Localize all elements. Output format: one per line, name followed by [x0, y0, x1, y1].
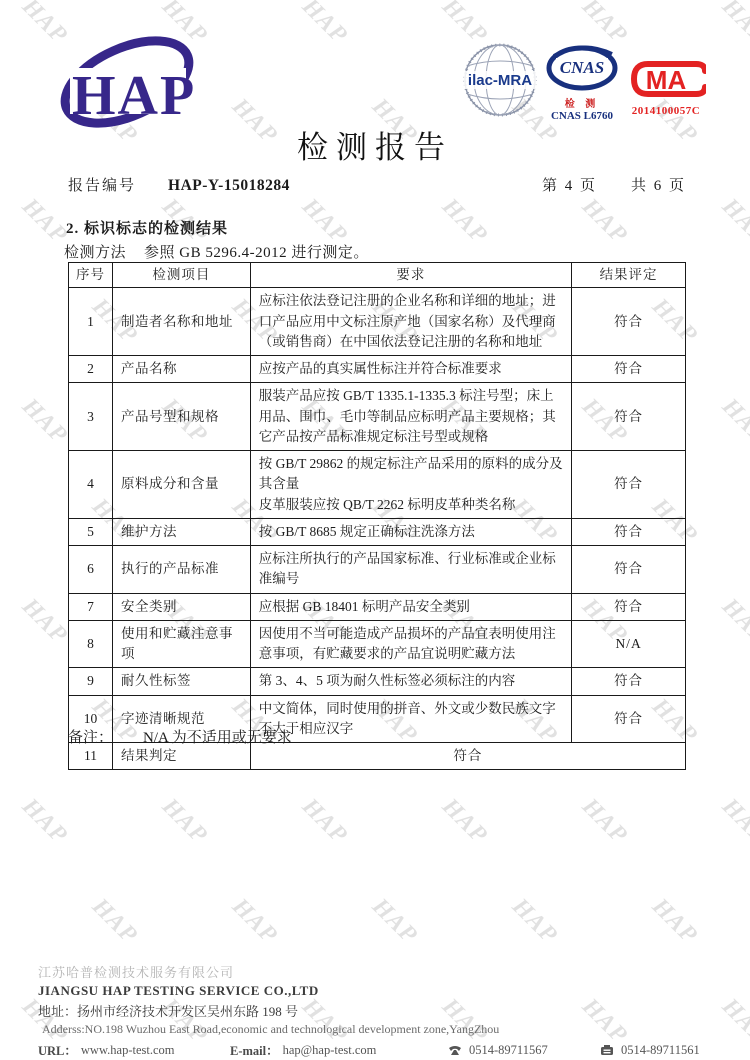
table-row: 3产品号型和规格服装产品应按 GB/T 1335.1-1335.3 标注号型；床… [69, 383, 686, 451]
cell-result: 符合 [572, 518, 686, 545]
cell-no: 7 [69, 593, 113, 620]
watermark-text: HAP [716, 0, 750, 50]
watermark-text: HAP [716, 793, 750, 849]
watermark-text: HAP [716, 193, 750, 249]
method-label: 检测方法 [64, 245, 126, 261]
cell-requirement: 因使用不当可能造成产品损坏的产品宜表明使用注意事项，有贮藏要求的产品宜说明贮藏方… [250, 620, 571, 668]
watermark-text: HAP [16, 393, 72, 449]
phone-icon [448, 1044, 462, 1056]
watermark-text: HAP [366, 893, 422, 949]
cell-result: 符合 [572, 593, 686, 620]
cell-no: 1 [69, 288, 113, 356]
document-title: 检测报告 [0, 122, 750, 167]
cell-no: 3 [69, 383, 113, 451]
table-row: 5维护方法按 GB/T 8685 规定正确标注洗涤方法符合 [69, 518, 686, 545]
note-line: 备注：N/A 为不适用或无要求 [68, 726, 292, 747]
page-total: 共 6 页 [631, 174, 686, 195]
watermark-text: HAP [646, 893, 702, 949]
cell-requirement: 第 3、4、5 项为耐久性标签必须标注的内容 [250, 668, 571, 695]
footer: 江苏哈普检测技术服务有限公司 JIANGSU HAP TESTING SERVI… [38, 962, 728, 1059]
watermark-text: HAP [436, 793, 492, 849]
footer-address-cn: 地址：扬州市经济技术开发区吴州东路 198 号 [38, 1001, 728, 1020]
report-header-line: 报告编号 HAP-Y-15018284 第 4 页 共 6 页 [68, 174, 686, 195]
cell-item: 安全类别 [112, 593, 250, 620]
table-row: 1制造者名称和地址应标注依法登记注册的企业名称和详细的地址；进口产品应用中文标注… [69, 288, 686, 356]
watermark-text: HAP [86, 893, 142, 949]
cell-no: 9 [69, 668, 113, 695]
cell-result: 符合 [572, 451, 686, 519]
watermark-text: HAP [576, 793, 632, 849]
cell-result: 符合 [572, 356, 686, 383]
cnas-text: CNAS [560, 58, 604, 77]
cell-requirement: 按 GB/T 8685 规定正确标注洗涤方法 [250, 518, 571, 545]
watermark-text: HAP [296, 793, 352, 849]
ilac-mra-logo: ilac-MRA [462, 42, 538, 122]
cnas-jiance-label: 检 测 [546, 95, 618, 110]
column-header-2: 要求 [250, 263, 571, 288]
cell-item: 制造者名称和地址 [112, 288, 250, 356]
cell-merged-result: 符合 [250, 743, 685, 770]
table-header-row: 序号检测项目要求结果评定 [69, 263, 686, 288]
cell-requirement: 应标注所执行的产品国家标准、行业标准或企业标准编号 [250, 546, 571, 594]
cell-requirement: 应根据 GB 18401 标明产品安全类别 [250, 593, 571, 620]
cell-item: 维护方法 [112, 518, 250, 545]
cell-result: 符合 [572, 546, 686, 594]
cell-requirement: 中文简体，同时使用的拼音、外文或少数民族文字不大于相应汉字 [250, 695, 571, 743]
column-header-0: 序号 [69, 263, 113, 288]
cell-no: 8 [69, 620, 113, 668]
watermark-text: HAP [16, 793, 72, 849]
footer-company-cn: 江苏哈普检测技术服务有限公司 [38, 962, 728, 981]
watermark-text: HAP [576, 193, 632, 249]
cnas-ellipse-icon: CNAS [546, 42, 618, 92]
report-no-label: 报告编号 [68, 174, 136, 195]
cell-item: 耐久性标签 [112, 668, 250, 695]
cell-requirement: 应标注依法登记注册的企业名称和详细的地址；进口产品应用中文标注原产地（国家名称）… [250, 288, 571, 356]
watermark-text: HAP [226, 893, 282, 949]
cell-result: N/A [572, 620, 686, 668]
watermark-text: HAP [16, 593, 72, 649]
cell-item: 执行的产品标准 [112, 546, 250, 594]
table-row: 2产品名称应按产品的真实属性标注并符合标准要求符合 [69, 356, 686, 383]
watermark-text: HAP [296, 0, 352, 50]
footer-company-en: JIANGSU HAP TESTING SERVICE CO.,LTD [38, 983, 728, 999]
watermark-text: HAP [716, 393, 750, 449]
watermark-text: HAP [436, 193, 492, 249]
table-row: 8使用和贮藏注意事项因使用不当可能造成产品损坏的产品宜表明使用注意事项，有贮藏要… [69, 620, 686, 668]
cell-requirement: 按 GB/T 29862 的规定标注产品采用的原料的成分及其含量 皮革服装应按 … [250, 451, 571, 519]
cell-result: 符合 [572, 288, 686, 356]
test-results-table: 序号检测项目要求结果评定 1制造者名称和地址应标注依法登记注册的企业名称和详细的… [68, 262, 686, 770]
ilac-globe-icon: ilac-MRA [462, 42, 538, 122]
cnas-number: CNAS L6760 [546, 110, 618, 122]
url-value: www.hap-test.com [81, 1043, 175, 1058]
section-heading: 2. 标识标志的检测结果 [66, 217, 228, 238]
cma-logo: MA 2014100057C [626, 56, 706, 126]
cell-no: 5 [69, 518, 113, 545]
table-row: 7安全类别应根据 GB 18401 标明产品安全类别符合 [69, 593, 686, 620]
footer-contact-line: URL： www.hap-test.com E-mail： hap@hap-te… [38, 1041, 728, 1059]
cell-requirement: 应按产品的真实属性标注并符合标准要求 [250, 356, 571, 383]
page-current: 第 4 页 [542, 174, 597, 195]
footer-address-en: Adderss:NO.198 Wuzhou East Road,economic… [38, 1022, 728, 1037]
hap-logo-text: HAP [72, 65, 196, 127]
note-text: N/A 为不适用或无要求 [143, 730, 292, 746]
cell-result: 符合 [572, 668, 686, 695]
cell-no: 6 [69, 546, 113, 594]
table-row: 6执行的产品标准应标注所执行的产品国家标准、行业标准或企业标准编号符合 [69, 546, 686, 594]
column-header-3: 结果评定 [572, 263, 686, 288]
watermark-text: HAP [506, 893, 562, 949]
cell-item: 产品名称 [112, 356, 250, 383]
method-text: 参照 GB 5296.4-2012 进行测定。 [144, 245, 369, 261]
table-row: 9耐久性标签第 3、4、5 项为耐久性标签必须标注的内容符合 [69, 668, 686, 695]
watermark-text: HAP [156, 793, 212, 849]
cell-requirement: 服装产品应按 GB/T 1335.1-1335.3 标注号型；床上用品、围巾、毛… [250, 383, 571, 451]
report-no-value: HAP-Y-15018284 [168, 177, 290, 195]
fax-value: 0514-89711561 [621, 1043, 700, 1058]
cell-item: 使用和贮藏注意事项 [112, 620, 250, 668]
watermark-text: HAP [716, 593, 750, 649]
table-row: 4原料成分和含量按 GB/T 29862 的规定标注产品采用的原料的成分及其含量… [69, 451, 686, 519]
fax-icon [600, 1044, 614, 1056]
cell-item: 产品号型和规格 [112, 383, 250, 451]
cell-result: 符合 [572, 695, 686, 743]
ilac-mra-text: ilac-MRA [468, 72, 532, 89]
url-label: URL： [38, 1041, 77, 1059]
cma-ma-text: MA [646, 65, 687, 95]
cell-no: 4 [69, 451, 113, 519]
cnas-logo: CNAS 检 测 CNAS L6760 [546, 42, 618, 134]
phone-value: 0514-89711567 [469, 1043, 548, 1058]
page-info: 第 4 页 共 6 页 [542, 174, 686, 195]
cell-item: 原料成分和含量 [112, 451, 250, 519]
cma-mark-icon: MA [626, 56, 706, 102]
cma-number: 2014100057C [626, 105, 706, 117]
column-header-1: 检测项目 [112, 263, 250, 288]
email-label: E-mail： [230, 1041, 279, 1059]
note-label: 备注： [68, 730, 113, 746]
email-value: hap@hap-test.com [283, 1043, 377, 1058]
cell-no: 2 [69, 356, 113, 383]
method-line: 检测方法参照 GB 5296.4-2012 进行测定。 [64, 241, 369, 262]
cell-result: 符合 [572, 383, 686, 451]
